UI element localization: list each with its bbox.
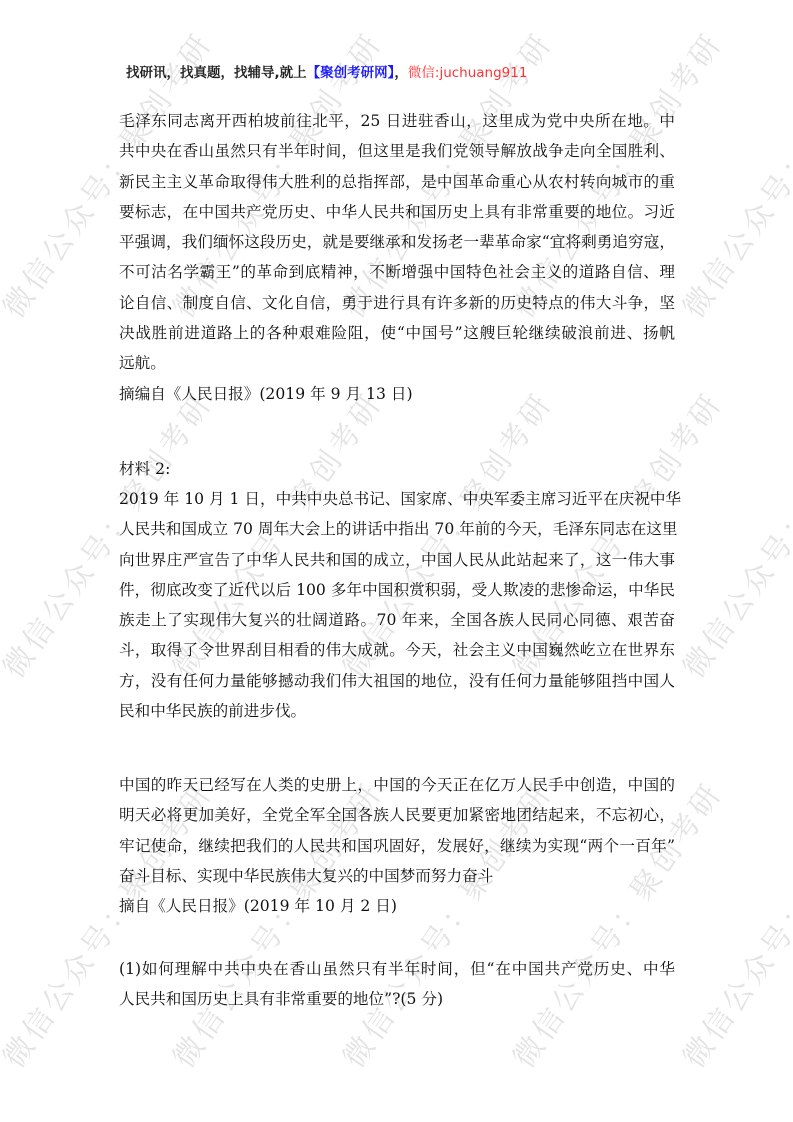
- text-line: 2019 年 10 月 1 日，中共中央总书记、国家席、中央军委主席习近平在庆祝…: [119, 484, 675, 514]
- question-line: 人民共和国历史上具有非常重要的地位”?(5 分): [119, 984, 675, 1014]
- header-separator: ，: [394, 65, 408, 81]
- text-line: 方，没有任何力量能够撼动我们伟大祖国的地位，没有任何力量能够阻挡中国人: [119, 666, 675, 696]
- section-title: 材料 2:: [119, 454, 675, 484]
- text-line: 人民共和国成立 70 周年大会上的讲话中指出 70 年前的今天，毛泽东同志在这里: [119, 514, 675, 544]
- text-line: 中国的昨天已经写在人类的史册上，中国的今天正在亿万人民手中创造，中国的: [119, 770, 675, 800]
- text-line: 民和中华民族的前进步伐。: [119, 696, 675, 726]
- text-line: 斗，取得了令世界刮目相看的伟大成就。今天，社会主义中国巍然屹立在世界东: [119, 635, 675, 665]
- text-line: 平强调，我们缅怀这段历史，就是要继承和发扬老一辈革命家“宜将剩勇追穷寇，: [119, 227, 675, 257]
- text-line: 新民主主义革命取得伟大胜利的总指挥部，是中国革命重心从农村转向城市的重: [119, 167, 675, 197]
- text-line: 要标志，在中国共产党历史、中华人民共和国历史上具有非常重要的地位。习近: [119, 197, 675, 227]
- header-wechat: 微信:juchuang911: [408, 65, 528, 81]
- text-line: 牢记使命，继续把我们的人民共和国巩固好，发展好，继续为实现“两个一百年”: [119, 831, 675, 861]
- text-line: 奋斗目标、实现中华民族伟大复兴的中国梦而努力奋斗: [119, 861, 675, 891]
- question-line: (1)如何理解中共中央在香山虽然只有半年时间，但“在中国共产党历史、中华: [119, 954, 675, 984]
- page-header: 找研讯，找真题，找辅导,就上【聚创考研网】，微信:juchuang911: [126, 61, 527, 81]
- text-line: 论自信、制度自信、文化自信，勇于进行具有许多新的历史特点的伟大斗争，坚: [119, 288, 675, 318]
- text-line: 决战胜前进道路上的各种艰难险阻，使“中国号”这艘巨轮继续破浪前进、扬帆: [119, 318, 675, 348]
- question-1: (1)如何理解中共中央在香山虽然只有半年时间，但“在中国共产党历史、中华 人民共…: [119, 954, 675, 1015]
- text-line: 族走上了实现伟大复兴的壮阔道路。70 年来，全国各族人民同心同德、艰苦奋: [119, 605, 675, 635]
- material1-paragraph: 毛泽东同志离开西柏坡前往北平，25 日进驻香山，这里成为党中央所在地。中 共中央…: [119, 106, 675, 409]
- material2-source: 摘自《人民日报》(2019 年 10 月 2 日): [119, 891, 675, 921]
- text-line: 向世界庄严宣告了中华人民共和国的成立，中国人民从此站起来了，这一伟大事: [119, 545, 675, 575]
- text-line: 明天必将更加美好，全党全军全国各族人民要更加紧密地团结起来，不忘初心，: [119, 800, 675, 830]
- material2-title: 材料 2:: [119, 454, 675, 484]
- text-line: 毛泽东同志离开西柏坡前往北平，25 日进驻香山，这里成为党中央所在地。中: [119, 106, 675, 136]
- material1-source: 摘编自《人民日报》(2019 年 9 月 13 日): [119, 379, 675, 409]
- document-page: 找研讯，找真题，找辅导,就上【聚创考研网】，微信:juchuang911 毛泽东…: [0, 0, 793, 1122]
- header-brand-link[interactable]: 【聚创考研网】: [307, 65, 395, 81]
- text-line: 远航。: [119, 348, 675, 378]
- text-line: 共中央在香山虽然只有半年时间，但这里是我们党领导解放战争走向全国胜利、: [119, 136, 675, 166]
- text-line: 件，彻底改变了近代以后 100 多年中国积赏积弱，受人欺凌的悲惨命运，中华民: [119, 575, 675, 605]
- material2-paragraph-2: 中国的昨天已经写在人类的史册上，中国的今天正在亿万人民手中创造，中国的 明天必将…: [119, 770, 675, 921]
- material2-paragraph-1: 2019 年 10 月 1 日，中共中央总书记、国家席、中央军委主席习近平在庆祝…: [119, 484, 675, 726]
- header-prefix: 找研讯，找真题，找辅导,就上: [126, 65, 307, 81]
- text-line: 不可沽名学霸王”的革命到底精神，不断增强中国特色社会主义的道路自信、理: [119, 257, 675, 287]
